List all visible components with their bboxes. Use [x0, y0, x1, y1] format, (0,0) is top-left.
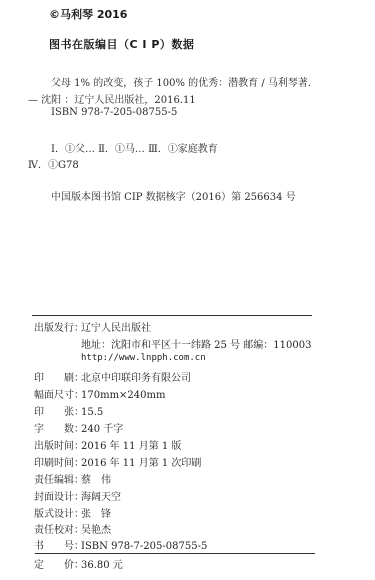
- print-date-value: 2016 年 11 月第 1 次印刷: [81, 458, 201, 469]
- editor-row: 责任编辑：蔡 伟: [34, 471, 111, 486]
- copyright-notice: ©马利琴 2016: [49, 6, 127, 22]
- layout-design-row: 版式设计：张 锋: [34, 505, 111, 520]
- editor-label: 责任编辑：: [34, 471, 81, 486]
- editor-value: 蔡 伟: [81, 475, 111, 486]
- sheets-row: 印 张：15.5: [34, 403, 103, 418]
- sheets-value: 15.5: [81, 407, 103, 418]
- proofreader-row: 责任校对：吴艳杰: [34, 521, 111, 536]
- website-link[interactable]: http://www.lnpph.com.cn: [81, 353, 206, 363]
- publish-date-value: 2016 年 11 月第 1 版: [81, 441, 181, 452]
- printer-row: 印 刷：北京中印联印务有限公司: [34, 369, 191, 384]
- format-label: 幅面尺寸：: [34, 386, 81, 401]
- proofreader-label: 责任校对：: [34, 521, 81, 536]
- cover-design-value: 海阔天空: [81, 492, 121, 503]
- isbn-row: 书 号：ISBN 978-7-205-08755-5: [34, 537, 207, 552]
- word-count-label: 字 数：: [34, 420, 81, 435]
- cip-heading: 图书在版编目（C I P）数据: [49, 36, 194, 52]
- publish-date-row: 出版时间：2016 年 11 月第 1 版: [34, 437, 181, 452]
- word-count-row: 字 数：240 千字: [34, 420, 123, 435]
- cip-isbn-line: ISBN 978-7-205-08755-5: [51, 107, 177, 118]
- publish-date-label: 出版时间：: [34, 437, 81, 452]
- format-row: 幅面尺寸：170mm×240mm: [34, 386, 165, 401]
- isbn-value: ISBN 978-7-205-08755-5: [81, 541, 207, 552]
- cover-design-row: 封面设计：海阔天空: [34, 488, 121, 503]
- cip-classification-code: Ⅳ．①G78: [28, 156, 79, 171]
- publisher-row: 出版发行：辽宁人民出版社: [34, 319, 151, 334]
- printer-label: 印 刷：: [34, 369, 81, 384]
- print-date-row: 印刷时间：2016 年 11 月第 1 次印刷: [34, 454, 201, 469]
- price-label: 定 价：: [34, 556, 81, 571]
- cover-design-label: 封面设计：: [34, 488, 81, 503]
- isbn-label: 书 号：: [34, 537, 81, 552]
- layout-design-value: 张 锋: [81, 509, 111, 520]
- proofreader-value: 吴艳杰: [81, 525, 111, 536]
- cip-classification-line: Ⅰ．①父… Ⅱ．①马… Ⅲ．①家庭教育: [51, 140, 218, 155]
- cip-record-number: 中国版本图书馆 CIP 数据核字（2016）第 256634 号: [51, 188, 296, 203]
- top-divider: [32, 315, 312, 316]
- print-date-label: 印刷时间：: [34, 454, 81, 469]
- cip-title-line: 父母 1% 的改变，孩子 100% 的优秀：潜教育 / 马利琴著．: [51, 74, 318, 89]
- publisher-value: 辽宁人民出版社: [81, 323, 151, 334]
- price-row: 定 价：36.80 元: [34, 556, 123, 571]
- layout-design-label: 版式设计：: [34, 505, 81, 520]
- sheets-label: 印 张：: [34, 403, 81, 418]
- price-value: 36.80 元: [81, 560, 123, 571]
- address-line: 地址：沈阳市和平区十一纬路 25 号 邮编：110003: [81, 336, 311, 351]
- word-count-value: 240 千字: [81, 424, 123, 435]
- bottom-divider: [35, 553, 315, 554]
- cip-publisher-line: — 沈阳 ：辽宁人民出版社，2016.11: [28, 91, 196, 106]
- printer-value: 北京中印联印务有限公司: [81, 373, 191, 384]
- publisher-label: 出版发行：: [34, 319, 81, 334]
- format-value: 170mm×240mm: [81, 390, 165, 401]
